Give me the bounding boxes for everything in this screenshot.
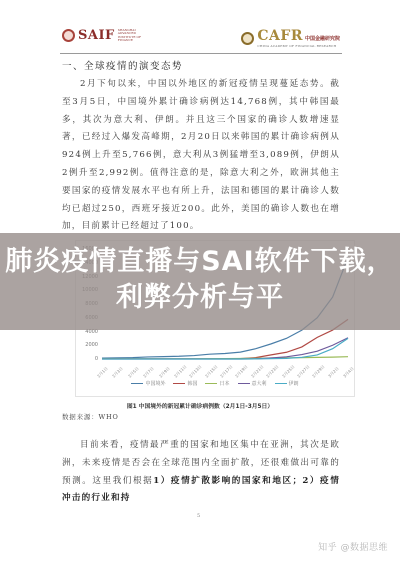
- legend-item: 伊朗: [275, 380, 299, 387]
- y-tick-label: 2000: [78, 342, 98, 348]
- y-tick-label: 0: [78, 356, 98, 362]
- section-title: 一、全球疫情的演变态势: [62, 58, 183, 72]
- saif-logo: SAIF SHANGHAI ADVANCED INSTITUTE OF FINA…: [62, 28, 142, 43]
- cafr-seal-icon: [241, 32, 254, 45]
- paragraph-2: 目前来看，疫情最严重的国家和地区集中在亚洲，其次是欧洲，未来疫情是否会在全球范围…: [62, 437, 340, 508]
- banner-title[interactable]: 肺炎疫情直播与SAI软件下载，利弊分析与平: [0, 244, 400, 316]
- x-tick-label: 2月11日: [173, 364, 188, 379]
- legend-item: 日本: [205, 380, 229, 387]
- page-number: 5: [197, 513, 200, 519]
- legend-item: 中国境外: [131, 380, 165, 387]
- x-tick-label: 2月17日: [219, 364, 234, 379]
- x-tick-label: 2月3日: [111, 366, 125, 380]
- header-divider: [60, 53, 342, 54]
- x-tick-label: 2月7日: [142, 366, 156, 380]
- legend-swatch-icon: [238, 383, 250, 385]
- legend-swatch-icon: [131, 383, 143, 385]
- legend-label: 意大利: [252, 380, 267, 387]
- legend-swatch-icon: [173, 383, 185, 385]
- cafr-logo: CAFR 中国金融研究院 CHINA ACADEMY OF FINANCIAL …: [241, 28, 340, 48]
- legend-label: 韩国: [187, 380, 197, 387]
- x-tick-label: 2月13日: [188, 364, 203, 379]
- cafr-logo-subtitle-cn: 中国金融研究院: [305, 35, 340, 42]
- legend-label: 中国境外: [145, 380, 165, 387]
- x-tick-label: 2月27日: [296, 364, 311, 379]
- x-axis-ticks: 2月1日2月3日2月5日2月7日2月9日2月11日2月13日2月15日2月17日…: [100, 367, 350, 379]
- legend-label: 伊朗: [289, 380, 299, 387]
- legend-label: 日本: [219, 380, 229, 387]
- x-tick-label: 3月2日: [327, 366, 341, 380]
- document-header: SAIF SHANGHAI ADVANCED INSTITUTE OF FINA…: [60, 28, 342, 54]
- x-tick-label: 2月9日: [158, 366, 172, 380]
- saif-logo-mark: SAIF: [78, 28, 115, 43]
- x-tick-label: 2月29日: [311, 364, 326, 379]
- legend-swatch-icon: [275, 383, 287, 385]
- legend-item: 意大利: [238, 380, 267, 387]
- x-tick-label: 2月19日: [234, 364, 249, 379]
- saif-seal-icon: [62, 29, 75, 42]
- chart-caption: 图1 中国境外的新冠累计确诊病例数（2月1日-3月5日）: [0, 401, 400, 410]
- legend-item: 韩国: [173, 380, 197, 387]
- x-tick-label: 2月21日: [250, 364, 265, 379]
- x-tick-label: 2月15日: [204, 364, 219, 379]
- chart-source: 数据来源：WHO: [62, 412, 119, 421]
- x-tick-label: 2月23日: [265, 364, 280, 379]
- legend-swatch-icon: [205, 383, 217, 385]
- x-tick-label: 2月25日: [281, 364, 296, 379]
- chart-legend: 中国境外韩国日本意大利伊朗: [76, 380, 354, 387]
- cafr-logo-mark: CAFR: [257, 28, 303, 44]
- watermark: 知乎 @数据思维: [318, 540, 388, 553]
- paragraph-1: 2月下旬以来，中国以外地区的新冠疫情呈现蔓延态势。截至3月5日，中国境外累计确诊…: [62, 76, 340, 236]
- saif-logo-subtitle: SHANGHAI ADVANCED INSTITUTE OF FINANCE: [118, 29, 142, 43]
- x-tick-label: 2月5日: [127, 366, 141, 380]
- cafr-logo-subtitle-en: CHINA ACADEMY OF FINANCIAL RESEARCH: [257, 44, 340, 48]
